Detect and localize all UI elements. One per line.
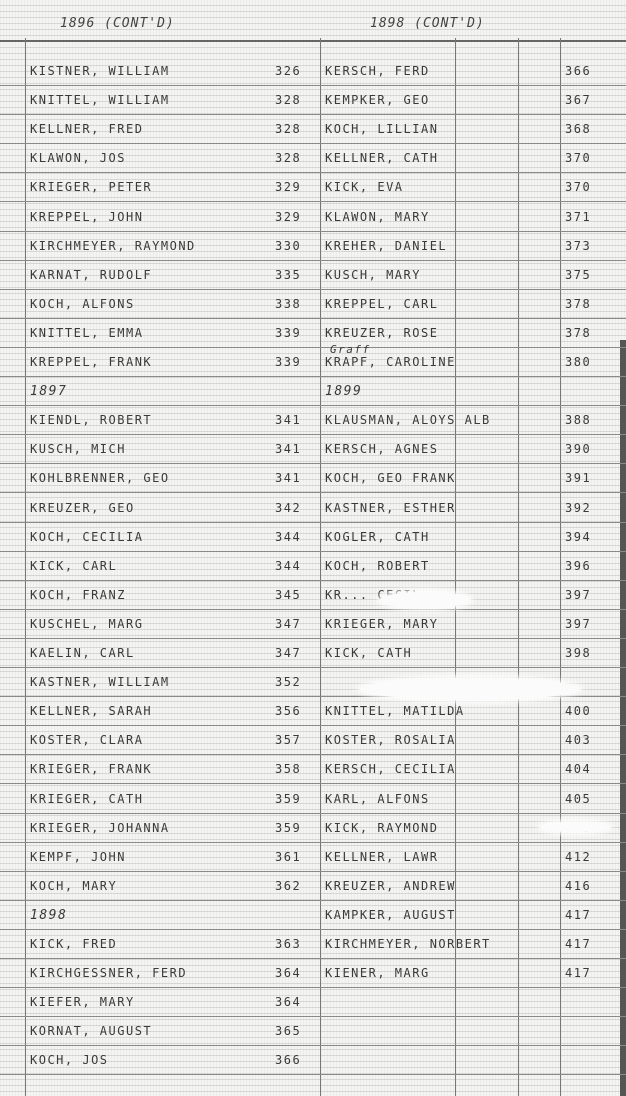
entry-number: 396 [565, 559, 591, 573]
entry-number: 388 [565, 413, 591, 427]
year-heading: 1897 [30, 384, 67, 399]
ledger-row: KELLNER, FRED328KOCH, LILLIAN368 [0, 120, 626, 140]
ledger-row: KICK, CARL344KOCH, ROBERT396 [0, 557, 626, 577]
entry-number: 390 [565, 442, 591, 456]
row-rule [0, 754, 626, 755]
row-rule [0, 900, 626, 901]
entry-number: 341 [275, 471, 301, 485]
entry-number: 368 [565, 122, 591, 136]
entry-name: KREHER, DANIEL [325, 239, 447, 253]
entry-name: KELLNER, LAWR [325, 850, 438, 864]
paper-damage [540, 822, 610, 832]
entry-number: 392 [565, 501, 591, 515]
entry-name: KAMPKER, AUGUST [325, 908, 456, 922]
entry-name: KLAWON, JOS [30, 151, 126, 165]
ledger-row: KICK, FRED363KIRCHMEYER, NORBERT417 [0, 935, 626, 955]
ledger-row: KOSTER, CLARA357KOSTER, ROSALIA403 [0, 731, 626, 751]
entry-name: KRAPF, CAROLINE [325, 355, 456, 369]
ledger-row: KNITTEL, WILLIAM328KEMPKER, GEO367 [0, 91, 626, 111]
entry-number: 341 [275, 413, 301, 427]
entry-name: KICK, CARL [30, 559, 117, 573]
entry-number: 347 [275, 646, 301, 660]
ledger-row: KIRCHMEYER, RAYMOND330KREHER, DANIEL373 [0, 237, 626, 257]
entry-number: 417 [565, 966, 591, 980]
entry-number: 366 [275, 1053, 301, 1067]
row-rule [0, 813, 626, 814]
row-rule [0, 231, 626, 232]
entry-number: 339 [275, 326, 301, 340]
entry-number: 365 [275, 1024, 301, 1038]
entry-number: 366 [565, 64, 591, 78]
entry-number: 341 [275, 442, 301, 456]
ledger-row: KUSCHEL, MARG347KRIEGER, MARY397 [0, 615, 626, 635]
row-rule [0, 638, 626, 639]
entry-name: KOGLER, CATH [325, 530, 430, 544]
entry-name: KORNAT, AUGUST [30, 1024, 152, 1038]
entry-name: KARL, ALFONS [325, 792, 430, 806]
row-rule [0, 201, 626, 202]
entry-number: 391 [565, 471, 591, 485]
entry-number: 373 [565, 239, 591, 253]
row-rule [0, 463, 626, 464]
entry-number: 329 [275, 180, 301, 194]
ledger-row: KOCH, CECILIA344KOGLER, CATH394 [0, 528, 626, 548]
year-heading: 1899 [325, 384, 362, 399]
ledger-row: KISTNER, WILLIAM326KERSCH, FERD366 [0, 62, 626, 82]
entry-number: 378 [565, 326, 591, 340]
entry-name: KAELIN, CARL [30, 646, 135, 660]
row-rule [0, 172, 626, 173]
handwritten-annotation: Graff [330, 343, 371, 356]
ledger-row: KLAWON, JOS328KELLNER, CATH370 [0, 149, 626, 169]
entry-number: 339 [275, 355, 301, 369]
row-rule [0, 434, 626, 435]
entry-name: KICK, RAYMOND [325, 821, 438, 835]
entry-number: 417 [565, 908, 591, 922]
entry-name: KELLNER, SARAH [30, 704, 152, 718]
row-rule [0, 842, 626, 843]
entry-name: KERSCH, CECILIA [325, 762, 456, 776]
entry-name: KIEFER, MARY [30, 995, 135, 1009]
entry-name: KREPPEL, FRANK [30, 355, 152, 369]
ledger-row: KOCH, MARY362KREUZER, ANDREW416 [0, 877, 626, 897]
row-rule [0, 492, 626, 493]
entry-name: KRIEGER, CATH [30, 792, 143, 806]
entry-number: 400 [565, 704, 591, 718]
row-rule [0, 580, 626, 581]
entry-number: 405 [565, 792, 591, 806]
entry-number: 358 [275, 762, 301, 776]
entry-name: KIRCHMEYER, RAYMOND [30, 239, 196, 253]
entry-name: KOCH, GEO FRANK [325, 471, 456, 485]
entry-number: 403 [565, 733, 591, 747]
entry-name: KERSCH, FERD [325, 64, 430, 78]
entry-name: KIRCHMEYER, NORBERT [325, 937, 491, 951]
entry-name: KERSCH, AGNES [325, 442, 438, 456]
row-rule [0, 376, 626, 377]
left-column-heading: 1896 (CONT'D) [60, 16, 175, 31]
entry-name: KEMPF, JOHN [30, 850, 126, 864]
ledger-row: KUSCH, MICH341KERSCH, AGNES390 [0, 440, 626, 460]
entry-name: KRIEGER, PETER [30, 180, 152, 194]
entry-number: 347 [275, 617, 301, 631]
entry-name: KRIEGER, MARY [325, 617, 438, 631]
ledger-row: KIENDL, ROBERT341KLAUSMAN, ALOYS ALB388 [0, 411, 626, 431]
row-rule [0, 1016, 626, 1017]
entry-name: KLAUSMAN, ALOYS ALB [325, 413, 491, 427]
entry-number: 363 [275, 937, 301, 951]
entry-number: 416 [565, 879, 591, 893]
entry-number: 398 [565, 646, 591, 660]
ledger-row: KOCH, JOS366 [0, 1051, 626, 1071]
ledger-row: KOCH, ALFONS338KREPPEL, CARL378 [0, 295, 626, 315]
entry-name: KUSCH, MICH [30, 442, 126, 456]
right-column-heading: 1898 (CONT'D) [370, 16, 485, 31]
entry-number: 371 [565, 210, 591, 224]
ledger-row: KIEFER, MARY364 [0, 993, 626, 1013]
entry-number: 357 [275, 733, 301, 747]
row-rule [0, 318, 626, 319]
entry-number: 364 [275, 995, 301, 1009]
entry-number: 330 [275, 239, 301, 253]
row-rule [0, 347, 626, 348]
entry-name: KARNAT, RUDOLF [30, 268, 152, 282]
entry-number: 370 [565, 151, 591, 165]
entry-number: 345 [275, 588, 301, 602]
entry-number: 359 [275, 792, 301, 806]
entry-name: KREPPEL, CARL [325, 297, 438, 311]
row-rule [0, 725, 626, 726]
row-rule [0, 929, 626, 930]
row-rule [0, 85, 626, 86]
entry-number: 328 [275, 93, 301, 107]
entry-name: KUSCHEL, MARG [30, 617, 143, 631]
ledger-row: 18971899 [0, 382, 626, 402]
row-rule [0, 114, 626, 115]
entry-number: 342 [275, 501, 301, 515]
ledger-row: KORNAT, AUGUST365 [0, 1022, 626, 1042]
entry-name: KOCH, FRANZ [30, 588, 126, 602]
header-rule [0, 40, 626, 42]
entry-name: KIENER, MARG [325, 966, 430, 980]
ledger-row: KELLNER, SARAH356KNITTEL, MATILDA400 [0, 702, 626, 722]
entry-number: 329 [275, 210, 301, 224]
ledger-row: KREUZER, GEO342KASTNER, ESTHER392 [0, 499, 626, 519]
entry-name: KOCH, LILLIAN [325, 122, 438, 136]
ledger-row: 1898KAMPKER, AUGUST417 [0, 906, 626, 926]
entry-name: KOCH, CECILIA [30, 530, 143, 544]
entry-number: 328 [275, 122, 301, 136]
entry-name: KREUZER, ROSE [325, 326, 438, 340]
row-rule [0, 783, 626, 784]
ledger-row: KRIEGER, FRANK358KERSCH, CECILIA404 [0, 760, 626, 780]
entry-name: KOSTER, ROSALIA [325, 733, 456, 747]
entry-number: 344 [275, 530, 301, 544]
row-rule [0, 405, 626, 406]
entry-name: KISTNER, WILLIAM [30, 64, 170, 78]
entry-number: 326 [275, 64, 301, 78]
year-heading: 1898 [30, 908, 67, 923]
entry-name: KICK, CATH [325, 646, 412, 660]
entry-number: 404 [565, 762, 591, 776]
entry-number: 359 [275, 821, 301, 835]
entry-number: 356 [275, 704, 301, 718]
row-rule [0, 143, 626, 144]
entry-number: 394 [565, 530, 591, 544]
entry-number: 338 [275, 297, 301, 311]
entry-number: 380 [565, 355, 591, 369]
entry-number: 378 [565, 297, 591, 311]
entry-name: KREUZER, GEO [30, 501, 135, 515]
entry-number: 362 [275, 879, 301, 893]
ledger-row: KIRCHGESSNER, FERD364KIENER, MARG417 [0, 964, 626, 984]
ledger-page: 1896 (CONT'D) 1898 (CONT'D) KISTNER, WIL… [0, 0, 626, 1096]
entry-name: KELLNER, FRED [30, 122, 143, 136]
row-rule [0, 958, 626, 959]
entry-name: KEMPKER, GEO [325, 93, 430, 107]
paper-damage [380, 592, 470, 608]
row-rule [0, 1045, 626, 1046]
entry-name: KOCH, ALFONS [30, 297, 135, 311]
entry-number: 417 [565, 937, 591, 951]
entry-name: KREUZER, ANDREW [325, 879, 456, 893]
entry-number: 375 [565, 268, 591, 282]
row-rule [0, 522, 626, 523]
paper-damage [360, 678, 580, 700]
entry-name: KUSCH, MARY [325, 268, 421, 282]
entry-name: KOHLBRENNER, GEO [30, 471, 170, 485]
ledger-row: KAELIN, CARL347KICK, CATH398 [0, 644, 626, 664]
row-rule [0, 987, 626, 988]
ledger-row: KRIEGER, JOHANNA359KICK, RAYMOND408 [0, 819, 626, 839]
row-rule [0, 667, 626, 668]
entry-name: KASTNER, WILLIAM [30, 675, 170, 689]
row-rule [0, 260, 626, 261]
ledger-row: KNITTEL, EMMA339KREUZER, ROSE378 [0, 324, 626, 344]
entry-name: KNITTEL, MATILDA [325, 704, 465, 718]
entry-name: KOCH, ROBERT [325, 559, 430, 573]
entry-name: KNITTEL, WILLIAM [30, 93, 170, 107]
entry-number: 361 [275, 850, 301, 864]
row-rule [0, 551, 626, 552]
entry-name: KREPPEL, JOHN [30, 210, 143, 224]
entry-name: KRIEGER, FRANK [30, 762, 152, 776]
ledger-row: KREPPEL, JOHN329KLAWON, MARY371 [0, 208, 626, 228]
entry-name: KICK, FRED [30, 937, 117, 951]
entry-number: 344 [275, 559, 301, 573]
ledger-row: KREPPEL, FRANK339KRAPF, CAROLINEGraff380 [0, 353, 626, 373]
entry-number: 397 [565, 617, 591, 631]
entry-number: 367 [565, 93, 591, 107]
entry-number: 335 [275, 268, 301, 282]
row-rule [0, 289, 626, 290]
entry-name: KELLNER, CATH [325, 151, 438, 165]
ledger-row: KARNAT, RUDOLF335KUSCH, MARY375 [0, 266, 626, 286]
ledger-row: KOHLBRENNER, GEO341KOCH, GEO FRANK391 [0, 469, 626, 489]
entry-name: KNITTEL, EMMA [30, 326, 143, 340]
entry-name: KIENDL, ROBERT [30, 413, 152, 427]
row-rule [0, 609, 626, 610]
entry-number: 328 [275, 151, 301, 165]
entry-name: KOSTER, CLARA [30, 733, 143, 747]
ledger-row: KEMPF, JOHN361KELLNER, LAWR412 [0, 848, 626, 868]
entry-name: KASTNER, ESTHER [325, 501, 456, 515]
entry-name: KOCH, JOS [30, 1053, 109, 1067]
entry-name: KICK, EVA [325, 180, 404, 194]
row-rule [0, 1074, 626, 1075]
entry-name: KRIEGER, JOHANNA [30, 821, 170, 835]
entry-name: KIRCHGESSNER, FERD [30, 966, 187, 980]
entry-name: KLAWON, MARY [325, 210, 430, 224]
ledger-row: KRIEGER, PETER329KICK, EVA370 [0, 178, 626, 198]
entry-number: 370 [565, 180, 591, 194]
ledger-row: KRIEGER, CATH359KARL, ALFONS405 [0, 790, 626, 810]
entry-number: 412 [565, 850, 591, 864]
ledger-row: KOCH, FRANZ345KR... CECIL397 [0, 586, 626, 606]
entry-number: 397 [565, 588, 591, 602]
entry-name: KOCH, MARY [30, 879, 117, 893]
entry-number: 364 [275, 966, 301, 980]
entry-number: 352 [275, 675, 301, 689]
row-rule [0, 871, 626, 872]
